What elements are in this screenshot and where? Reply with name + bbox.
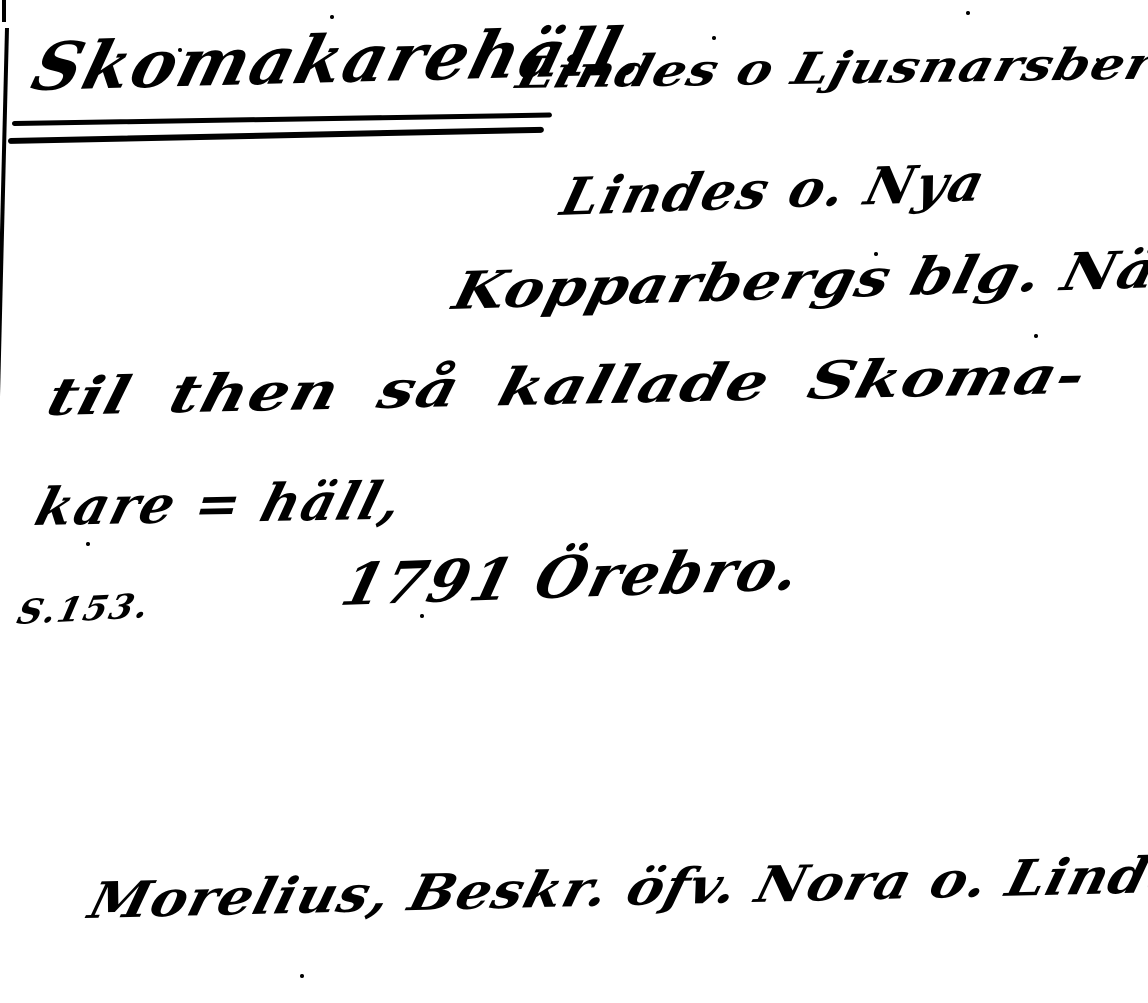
scanned-card: Skomakarehäll. Lindes o Ljusnarsbergs l.… bbox=[0, 0, 1148, 1003]
scan-speck bbox=[966, 11, 970, 15]
scan-speck bbox=[330, 15, 334, 19]
page-reference: S.153. bbox=[14, 589, 154, 630]
region-line-3: Kopparbergs blg. Nät. bbox=[448, 243, 1148, 318]
left-margin-rule bbox=[0, 28, 9, 1003]
scan-speck bbox=[420, 614, 424, 618]
scan-speck bbox=[86, 542, 90, 546]
year-and-place: 1791 Örebro. bbox=[336, 540, 807, 614]
region-line-2: Lindes o. Nya bbox=[556, 157, 991, 224]
heading-region-note: Lindes o Ljusnarsbergs l. bbox=[512, 41, 1148, 96]
heading-underline-bottom bbox=[8, 127, 544, 144]
scan-speck bbox=[300, 974, 304, 978]
body-line-1: til then så kallade Skoma- bbox=[42, 350, 1092, 424]
heading-underline-top bbox=[12, 113, 552, 126]
body-line-2: kare = häll, bbox=[30, 476, 409, 534]
scan-speck bbox=[178, 48, 182, 52]
scan-speck bbox=[874, 252, 878, 256]
scan-speck bbox=[712, 36, 716, 40]
scan-speck bbox=[1034, 334, 1038, 338]
scan-speck bbox=[1096, 58, 1100, 62]
source-citation: Morelius, Beskr. öfv. Nora o. Lindes blg… bbox=[84, 846, 1148, 926]
left-margin-rule-top-dash bbox=[2, 0, 6, 22]
